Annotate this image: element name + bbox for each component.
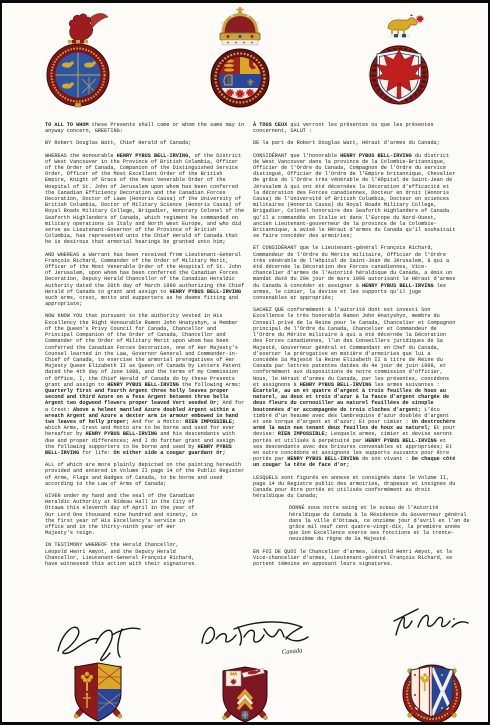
french-text-column: À TOUS CEUX qui verront les présentes ou…: [253, 122, 458, 573]
maple-leaf-wreath-badge-icon: [364, 12, 434, 112]
para-to-all: TO ALL TO WHOM these Presents shall come…: [45, 122, 246, 134]
para-all-of-which: ALL of which are more plainly depicted o…: [45, 462, 246, 487]
english-text-column: TO ALL TO WHOM these Presents shall come…: [45, 122, 246, 573]
crowned-royal-arms-badge-icon: ⚜: [208, 6, 272, 118]
para-lesquels: LESQUELS sont figurés en annexe et consi…: [253, 475, 458, 500]
watt-canada-caption: Canada: [282, 647, 303, 656]
herald-chancellor-arms-icon: [60, 655, 136, 725]
para-and-whereas: AND WHEREAS a Warrant has been received …: [45, 252, 246, 308]
para-in-testimony: IN TESTIMONY WHEREOF the Herald Chancell…: [45, 542, 201, 567]
svg-text:⚜: ⚜: [246, 78, 255, 89]
para-de-la-part: DE la part de Robert Douglas Watt, Hérau…: [253, 140, 458, 146]
richard-signature: [388, 599, 472, 647]
para-sachez-que: SACHEZ QUE conformément à l'autorité don…: [253, 307, 458, 468]
para-now-know-you: NOW KNOW YOU that pursuant to the author…: [45, 313, 246, 456]
para-by: BY Robert Douglas Watt, Chief Herald of …: [45, 140, 246, 146]
letters-patent-document: ⚜ TO ALL TO WHOM these Presents shall: [0, 0, 490, 725]
watt-signature: Canada: [198, 613, 318, 659]
para-donne: DONNÉ sous notre seing et le sceau de l'…: [289, 505, 471, 542]
lion-rampant-garter-badge-icon: [42, 9, 114, 113]
para-en-foi-de-quoi: EN FOI DE QUOI le Chancelier d'armes, Lé…: [253, 549, 458, 568]
deputy-herald-chancellor-arms-icon: [392, 653, 472, 725]
para-whereas: WHEREAS the Honourable HENRY PYBUS BELL-…: [45, 153, 246, 246]
chief-herald-arms-icon: [208, 661, 282, 725]
para-a-tous-ceux: À TOUS CEUX qui verront les présentes ou…: [253, 122, 458, 134]
para-et-considerant: ET CONSIDÉRANT que le Lieutenant-général…: [253, 245, 458, 301]
para-considerant: CONSIDÉRANT que l'honorable HENRY PYBUS …: [253, 153, 458, 240]
para-given: GIVEN under my hand and the seal of the …: [45, 493, 201, 536]
